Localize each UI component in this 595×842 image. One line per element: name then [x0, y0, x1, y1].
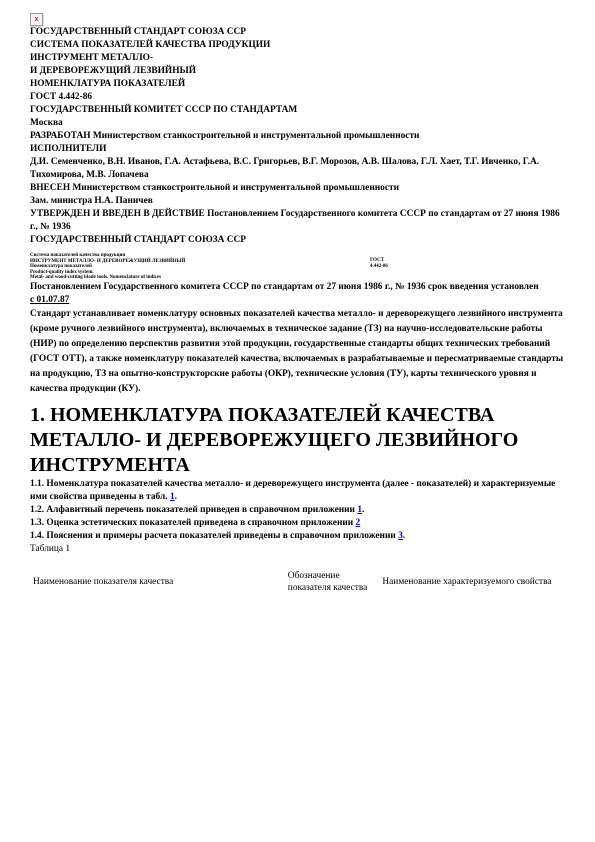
title-block-left: Система показателей качества продукции И… — [30, 253, 370, 281]
clause-1-4-suffix: . — [403, 531, 405, 541]
clause-1-2-suffix: . — [362, 505, 364, 515]
decree-line: Постановлением Государственного комитета… — [30, 281, 567, 294]
nomenclature-line: НОМЕНКЛАТУРА ПОКАЗАТЕЛЕЙ — [30, 78, 567, 91]
tool-title-line1: ИНСТРУМЕНТ МЕТАЛЛО- — [30, 52, 567, 65]
effective-date: с 01.07.87 — [30, 295, 69, 305]
gost-number: ГОСТ 4.442-86 — [30, 91, 567, 104]
title-block-gost: ГОСТ 4.442-86 — [370, 258, 388, 269]
developed-by-line: РАЗРАБОТАН Министерством станкостроитель… — [30, 130, 567, 143]
approved-line: УТВЕРЖДЕН И ВВЕДЕН В ДЕЙСТВИЕ Постановле… — [30, 208, 567, 234]
standard-heading: ГОСУДАРСТВЕННЫЙ СТАНДАРТ СОЮЗА ССР — [30, 26, 567, 39]
clause-1-2: 1.2. Алфавитный перечень показателей при… — [30, 504, 567, 517]
clause-1-2-text: 1.2. Алфавитный перечень показателей при… — [30, 505, 357, 515]
clause-1-4-text: 1.4. Пояснения и примеры расчета показат… — [30, 531, 398, 541]
broken-image-icon: x — [30, 13, 43, 26]
section-1-heading: 1. НОМЕНКЛАТУРА ПОКАЗАТЕЛЕЙ КАЧЕСТВА МЕТ… — [30, 403, 567, 478]
table-1-header-row: Наименование показателя качества Обознач… — [30, 566, 567, 598]
scope-paragraph: Стандарт устанавливает номенклатуру осно… — [30, 307, 567, 397]
clause-1-1-text: 1.1. Номенклатура показателей качества м… — [30, 479, 555, 502]
table-1-col-indicator-name: Наименование показателя качества — [30, 566, 285, 598]
standard-heading-repeat: ГОСУДАРСТВЕННЫЙ СТАНДАРТ СОЮЗА ССР — [30, 234, 567, 247]
submitted-by-line: ВНЕСЕН Министерством станкостроительной … — [30, 182, 567, 195]
table-1-header: Наименование показателя качества Обознач… — [30, 566, 567, 598]
title-block-gost-line2: 4.442-86 — [370, 264, 388, 270]
broken-image-x-glyph: x — [35, 16, 39, 23]
executors-list: Д.И. Семенченко, В.Н. Иванов, Г.А. Астаф… — [30, 156, 567, 182]
deputy-minister-line: Зам. министра Н.А. Паничев — [30, 195, 567, 208]
clause-1-4: 1.4. Пояснения и примеры расчета показат… — [30, 530, 567, 543]
document-page: x ГОСУДАРСТВЕННЫЙ СТАНДАРТ СОЮЗА ССР СИС… — [0, 0, 595, 842]
table-1-col-indicator-designation: Обозначение показателя качества — [285, 566, 380, 598]
city-line: Москва — [30, 117, 567, 130]
tool-title-line2: И ДЕРЕВОРЕЖУЩИЙ ЛЕЗВИЙНЫЙ — [30, 65, 567, 78]
table-1-caption: Таблица 1 — [30, 543, 567, 556]
clause-1-1: 1.1. Номенклатура показателей качества м… — [30, 478, 567, 504]
appendix-2-link[interactable]: 2 — [356, 518, 361, 528]
clause-1-3-text: 1.3. Оценка эстетических показателей при… — [30, 518, 356, 528]
quality-system-line: СИСТЕМА ПОКАЗАТЕЛЕЙ КАЧЕСТВА ПРОДУКЦИИ — [30, 39, 567, 52]
committee-line: ГОСУДАРСТВЕННЫЙ КОМИТЕТ СССР ПО СТАНДАРТ… — [30, 104, 567, 117]
title-block: Система показателей качества продукции И… — [30, 253, 567, 281]
table-1-col-property-name: Наименование характеризуемого свойства — [379, 566, 567, 598]
executors-label: ИСПОЛНИТЕЛИ — [30, 143, 567, 156]
clause-1-3: 1.3. Оценка эстетических показателей при… — [30, 517, 567, 530]
clause-1-1-suffix: . — [175, 492, 177, 502]
